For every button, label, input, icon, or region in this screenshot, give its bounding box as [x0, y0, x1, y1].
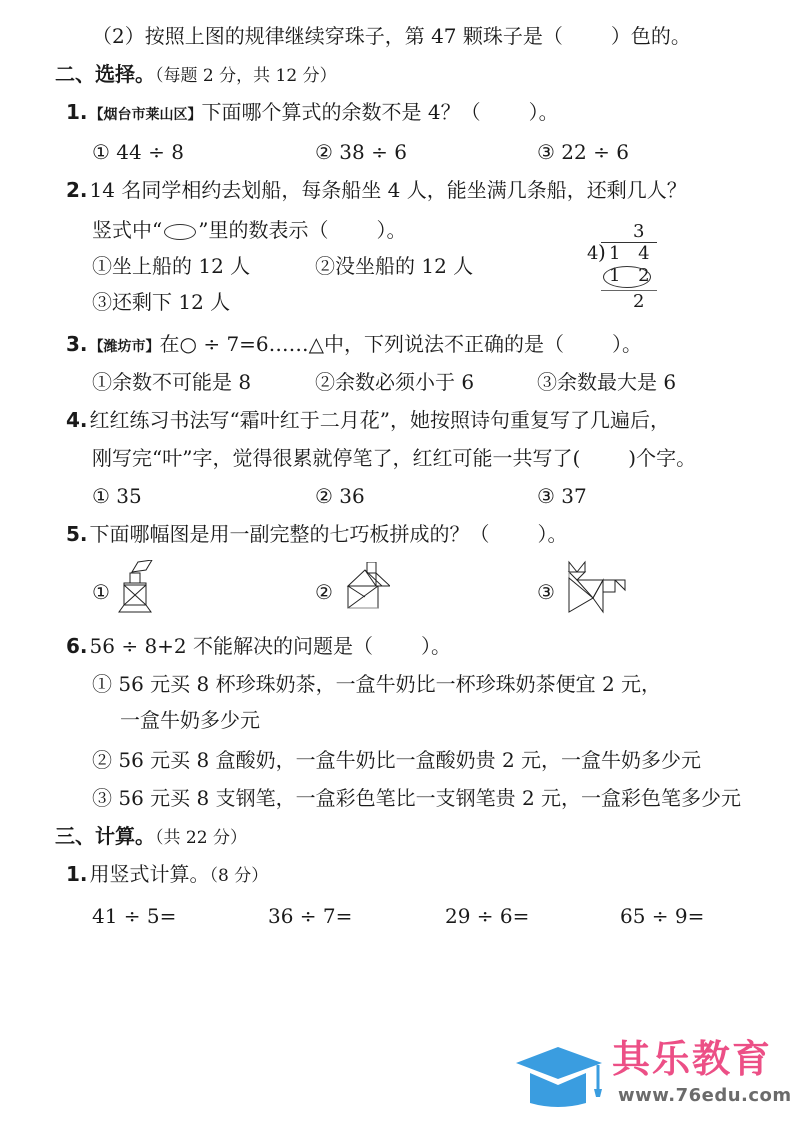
source-tag: 【潍坊市】	[90, 339, 160, 355]
question-6: 6.56 ÷ 8+2 不能解决的问题是（）。	[66, 632, 451, 660]
division-bracket: )	[598, 242, 606, 262]
question-2: 2.14 名同学相约去划船，每条船坐 4 人，能坐满几条船，还剩几人？	[66, 176, 687, 204]
question-tail: )个字。	[628, 446, 696, 470]
option-1[interactable]: ①坐上船的 12 人	[92, 252, 250, 280]
brand-logo: 其乐教育 www.76edu.com	[510, 1035, 790, 1115]
question-number: 2.	[66, 178, 88, 202]
lantern-tangram-figure	[118, 560, 158, 615]
question-number: 6.	[66, 634, 88, 658]
calc-problem-3: 29 ÷ 6=	[445, 902, 529, 930]
question-number: 4.	[66, 408, 88, 432]
question-text: 竖式中“	[92, 218, 162, 242]
question-text: 刚写完“叶”字，觉得很累就停笔了，红红可能一共写了(	[92, 446, 580, 470]
remainder: 2	[633, 292, 644, 312]
question-note: （8 分）	[210, 866, 269, 886]
section-2-heading: 二、选择。（每题 2 分，共 12 分）	[55, 60, 337, 90]
brand-title: 其乐教育	[612, 1035, 772, 1083]
calc-problem-4: 65 ÷ 9=	[620, 902, 704, 930]
question-text: 红红练习书法写“霜叶红于二月花”，她按照诗句重复写了几遍后，	[90, 408, 670, 432]
ellipse-icon	[603, 266, 651, 288]
question-text: 56 ÷ 8+2 不能解决的问题是（	[90, 634, 374, 658]
continuation-text: （2）按照上图的规律继续穿珠子，第 47 颗珠子是（	[92, 24, 563, 48]
question-tail: ）。	[529, 100, 559, 124]
question-tail: ）。	[538, 522, 568, 546]
continuation-tail: ）色的。	[611, 24, 691, 48]
question-number: 1.	[66, 100, 88, 124]
subtraction-line	[601, 290, 657, 291]
option-2[interactable]: ② 56 元买 8 盒酸奶，一盒牛奶比一盒酸奶贵 2 元，一盒牛奶多少元	[92, 746, 701, 774]
source-tag: 【烟台市莱山区】	[90, 107, 202, 123]
option-2[interactable]: ② 38 ÷ 6	[315, 138, 407, 166]
question-text: 14 名同学相约去划船，每条船坐 4 人，能坐满几条船，还剩几人？	[90, 178, 687, 202]
question-4: 4.红红练习书法写“霜叶红于二月花”，她按照诗句重复写了几遍后，	[66, 406, 670, 434]
question-text: 用竖式计算。	[90, 862, 210, 886]
option-3[interactable]: ③	[537, 578, 555, 606]
section-title: 二、选择。	[55, 62, 155, 86]
calc-problem-1: 41 ÷ 5=	[92, 902, 176, 930]
quotient: 3	[633, 222, 644, 242]
option-2[interactable]: ② 36	[315, 482, 365, 510]
option-2[interactable]: ②没坐船的 12 人	[315, 252, 473, 280]
option-2[interactable]: ②余数必须小于 6	[315, 368, 474, 396]
long-division-figure: 3 4 ) 1 4 1 2 2	[585, 222, 665, 317]
question-3: 3.【潍坊市】在○ ÷ 7=6……△中，下列说法不正确的是（）。	[66, 330, 642, 361]
graduation-cap-icon	[510, 1041, 610, 1111]
question-text: ”里的数表示（	[198, 218, 328, 242]
question-1: 1.【烟台市莱山区】下面哪个算式的余数不是 4？（）。	[66, 98, 559, 129]
section-note: （共 22 分）	[155, 828, 247, 848]
question-tail: ）。	[376, 218, 406, 242]
option-3[interactable]: ③ 22 ÷ 6	[537, 138, 629, 166]
question-text: 下面哪幅图是用一副完整的七巧板拼成的？（	[90, 522, 490, 546]
section-note: （每题 2 分，共 12 分）	[155, 66, 337, 86]
calc-question-1: 1.用竖式计算。（8 分）	[66, 860, 268, 890]
question-number: 1.	[66, 862, 88, 886]
option-1[interactable]: ①	[92, 578, 110, 606]
question-2-line-2: 竖式中“”里的数表示（）。	[92, 216, 406, 244]
option-3[interactable]: ③余数最大是 6	[537, 368, 676, 396]
option-1[interactable]: ① 56 元买 8 杯珍珠奶茶，一盒牛奶比一杯珍珠奶茶便宜 2 元，	[92, 670, 661, 698]
section-3-heading: 三、计算。（共 22 分）	[55, 822, 247, 852]
option-3[interactable]: ③ 56 元买 8 支钢笔，一盒彩色笔比一支钢笔贵 2 元，一盒彩色笔多少元	[92, 784, 741, 812]
question-text: 在○ ÷ 7=6……△中，下列说法不正确的是（	[160, 332, 565, 356]
section-title: 三、计算。	[55, 824, 155, 848]
option-1[interactable]: ① 35	[92, 482, 142, 510]
dividend: 1 4	[609, 244, 656, 264]
question-tail: ）。	[421, 634, 451, 658]
calc-problem-2: 36 ÷ 7=	[268, 902, 352, 930]
question-number: 5.	[66, 522, 88, 546]
option-1-continued: 一盒牛奶多少元	[120, 706, 260, 734]
question-tail: ）。	[612, 332, 642, 356]
brand-url: www.76edu.com	[618, 1085, 792, 1107]
option-3[interactable]: ③ 37	[537, 482, 587, 510]
question-5: 5.下面哪幅图是用一副完整的七巧板拼成的？（）。	[66, 520, 568, 548]
question-text: 下面哪个算式的余数不是 4？（	[202, 100, 481, 124]
divisor: 4	[587, 244, 598, 264]
ellipse-icon	[164, 224, 196, 240]
house-tangram-figure	[345, 562, 390, 612]
fox-tangram-figure	[567, 560, 632, 615]
option-3[interactable]: ③还剩下 12 人	[92, 288, 230, 316]
question-number: 3.	[66, 332, 88, 356]
question-4-line-2: 刚写完“叶”字，觉得很累就停笔了，红红可能一共写了()个字。	[92, 444, 696, 472]
continuation-line: （2）按照上图的规律继续穿珠子，第 47 颗珠子是（）色的。	[92, 22, 691, 50]
option-1[interactable]: ① 44 ÷ 8	[92, 138, 184, 166]
option-2[interactable]: ②	[315, 578, 333, 606]
option-1[interactable]: ①余数不可能是 8	[92, 368, 251, 396]
